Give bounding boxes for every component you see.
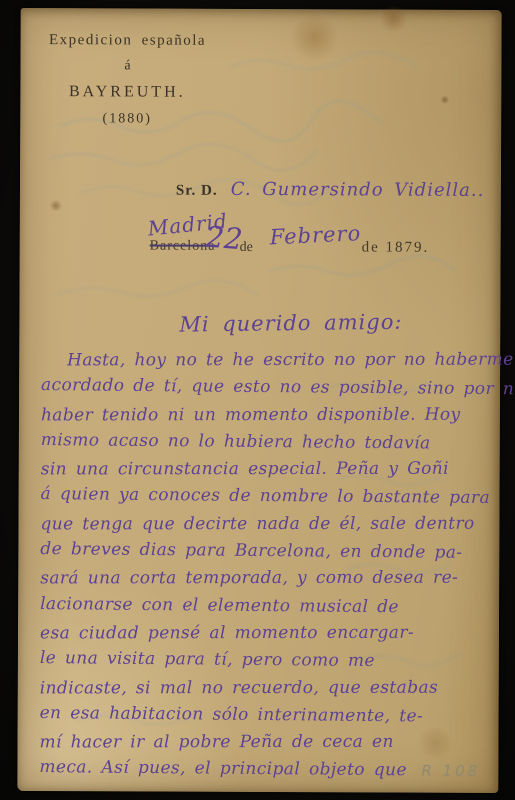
letter-body: Hasta, hoy no te he escrito no por no ha… [39, 346, 493, 785]
dateline: Madrid Barcelona 22 de Febrero de 1879. [21, 8, 502, 10]
body-line: de breves dias para Barcelona, en donde … [40, 536, 492, 567]
handwritten-day: 22 [205, 220, 244, 257]
printed-de: de [240, 240, 253, 256]
addressee-line: Sr. D. C. Gumersindo Vidiella.. [176, 179, 485, 201]
body-line: mí hacer ir al pobre Peña de ceca en [39, 729, 491, 757]
body-line: esa ciudad pensé al momento encargar- [40, 620, 492, 648]
body-line: en esa habitacion sólo interinamente, te… [40, 700, 492, 731]
handwritten-month: Febrero [269, 221, 361, 249]
body-line: sin una circunstancia especial. Peña y G… [41, 456, 493, 484]
letterhead: Expedicion española á BAYREUTH. (1880) [42, 32, 212, 128]
paper-stain [440, 96, 449, 104]
letterhead-line-4: (1880) [42, 111, 212, 128]
body-line: á quien ya conoces de nombre lo bastante… [40, 482, 492, 513]
printed-de-year: de 1879. [362, 239, 430, 256]
archival-number: R 108 [421, 762, 480, 780]
body-line: sará una corta temporada, y como desea r… [40, 565, 492, 593]
photo-backdrop: Expedicion española á BAYREUTH. (1880) S… [0, 0, 515, 800]
body-line: acordado de tí, que esto no es posible, … [41, 372, 493, 403]
letterhead-line-2: á [42, 58, 212, 75]
body-line: haber tenido ni un momento disponible. H… [41, 401, 493, 429]
letterhead-line-3: BAYREUTH. [42, 83, 212, 102]
paper-stain [50, 200, 62, 211]
paper-stain [288, 15, 340, 59]
body-line: indicaste, si mal no recuerdo, que estab… [40, 674, 492, 702]
body-line: Hasta, hoy no te he escrito no por no ha… [41, 347, 493, 375]
body-line: lacionarse con el elemento musical de [40, 591, 492, 622]
letter-paper: Expedicion española á BAYREUTH. (1880) S… [17, 8, 501, 793]
addressee-name: C. Gumersindo Vidiella.. [231, 179, 485, 201]
letterhead-line-1: Expedicion española [43, 32, 213, 50]
body-line: le una visita para tí, pero como me [40, 645, 492, 676]
salutation-line: Mi querido amigo: [179, 310, 402, 337]
paper-stain [379, 6, 409, 32]
body-line: que tenga que decirte nada de él, sale d… [40, 510, 492, 538]
printed-salutation-prefix: Sr. D. [176, 183, 218, 199]
body-line: mismo acaso no lo hubiera hecho todavía [41, 427, 493, 458]
